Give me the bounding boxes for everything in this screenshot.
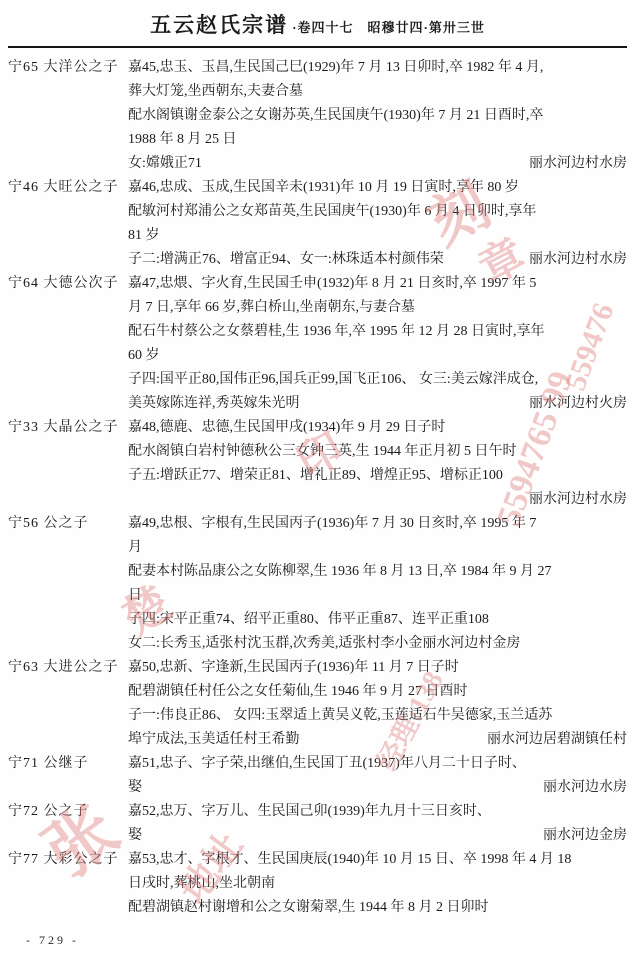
entry-line-text: 嘉49,忠根、字根有,生民国丙子(1936)年 7 月 30 日亥时,卒 199… <box>128 512 536 536</box>
entry-line-text: 配石牛村蔡公之女蔡碧桂,生 1936 年,卒 1995 年 12 月 28 日寅… <box>128 320 545 344</box>
entry-line: 子五:增跃正77、增荣正81、增礼正89、增煌正95、增标正100 <box>128 464 627 488</box>
volume-subtitle: ·卷四十七 昭穆廿四·第卅三世 <box>292 20 485 35</box>
entry-line-text: 娶 <box>128 824 142 848</box>
entry-lines: 嘉51,忠子、字子荣,出继伯,生民国丁丑(1937)年八月二十日子时、娶丽水河边… <box>128 752 627 800</box>
entry-line-text: 嘉52,忠万、字万儿、生民国己卯(1939)年九月十三日亥时、 <box>128 800 491 824</box>
entry-line-text: 子一:伟良正86、 女四:玉翠适上黄吴义乾,玉莲适石牛吴德家,玉兰适苏 <box>128 704 552 728</box>
entry-label: 宁71 公继子 <box>8 752 128 776</box>
entry-line-text: 葬大灯笼,坐西朝东,夫妻合墓 <box>128 80 303 104</box>
entry-label: 宁33 大晶公之子 <box>8 416 128 440</box>
entry-line-right-text: 丽水河边居碧湖镇任村 <box>479 728 627 752</box>
entry-line: 葬大灯笼,坐西朝东,夫妻合墓 <box>128 80 627 104</box>
entry-row: 宁46 大旺公之子 嘉46,忠成、玉成,生民国辛未(1931)年 10 月 19… <box>8 176 627 272</box>
entry-line-text: 配敏河村郑浦公之女郑苗英,生民国庚午(1930)年 6 月 4 日卯时,享年 <box>128 200 536 224</box>
entry-label: 宁72 公之子 <box>8 800 128 824</box>
entry-line: 日戌时,葬桃山,坐北朝南 <box>128 872 627 896</box>
entry-line: 女二:长秀玉,适张村沈玉群,次秀美,适张村李小金丽水河边村金房 <box>128 632 627 656</box>
entry-line: 嘉49,忠根、字根有,生民国丙子(1936)年 7 月 30 日亥时,卒 199… <box>128 512 627 536</box>
entry-row: 宁65 大洋公之子 嘉45,忠玉、玉昌,生民国己巳(1929)年 7 月 13 … <box>8 56 627 176</box>
page-header: 五云赵氏宗谱·卷四十七 昭穆廿四·第卅三世 <box>0 0 635 39</box>
entry-line-text: 配妻本村陈品康公之女陈柳翠,生 1936 年 8 月 13 日,卒 1984 年… <box>128 560 552 584</box>
entry-line: 子二:增满正76、增富正94、女一:林珠适本村颜伟荣丽水河边村水房 <box>128 248 627 272</box>
entry-line-text: 日 <box>128 584 142 608</box>
entries-list: 宁65 大洋公之子 嘉45,忠玉、玉昌,生民国己巳(1929)年 7 月 13 … <box>0 54 635 920</box>
entry-line: 配碧湖镇任村任公之女任菊仙,生 1946 年 9 月 27 日酉时 <box>128 680 627 704</box>
entry-line-right-text: 丽水河边金房 <box>535 824 627 848</box>
entry-line-right-text: 丽水河边村水房 <box>521 488 627 512</box>
entry-line: 嘉52,忠万、字万儿、生民国己卯(1939)年九月十三日亥时、 <box>128 800 627 824</box>
entry-line: 配妻本村陈品康公之女陈柳翠,生 1936 年 8 月 13 日,卒 1984 年… <box>128 560 627 584</box>
entry-line: 配敏河村郑浦公之女郑苗英,生民国庚午(1930)年 6 月 4 日卯时,享年 <box>128 200 627 224</box>
entry-line: 嘉46,忠成、玉成,生民国辛未(1931)年 10 月 19 日寅时,享年 80… <box>128 176 627 200</box>
entry-line-text: 埠宁成法,玉美适任村王希勤 <box>128 728 300 752</box>
entry-row: 宁77 大彩公之子 嘉53,忠才、字根才、生民国庚辰(1940)年 10 月 1… <box>8 848 627 920</box>
entry-line-text: 月 7 日,享年 66 岁,葬白桥山,坐南朝东,与妻合墓 <box>128 296 415 320</box>
entry-lines: 嘉49,忠根、字根有,生民国丙子(1936)年 7 月 30 日亥时,卒 199… <box>128 512 627 656</box>
entry-line: 月 <box>128 536 627 560</box>
entry-lines: 嘉45,忠玉、玉昌,生民国己巳(1929)年 7 月 13 日卯时,卒 1982… <box>128 56 627 176</box>
entry-line-text: 嘉47,忠煨、字火育,生民国壬申(1932)年 8 月 21 日亥时,卒 199… <box>128 272 536 296</box>
book-title: 五云赵氏宗谱 <box>150 13 288 37</box>
entry-line: 嘉48,德鹿、忠德,生民国甲戌(1934)年 9 月 29 日子时 <box>128 416 627 440</box>
entry-line: 嘉47,忠煨、字火育,生民国壬申(1932)年 8 月 21 日亥时,卒 199… <box>128 272 627 296</box>
entry-line: 埠宁成法,玉美适任村王希勤丽水河边居碧湖镇任村 <box>128 728 627 752</box>
entry-line-right-text: 丽水河边水房 <box>535 776 627 800</box>
entry-line-text: 子四:国平正80,国伟正96,国兵正99,国飞正106、 女三:美云嫁泮成仓, <box>128 368 538 392</box>
entry-line-right-text: 丽水河边村水房 <box>521 248 627 272</box>
entry-line-text: 美英嫁陈连祥,秀英嫁朱光明 <box>128 392 300 416</box>
entry-lines: 嘉48,德鹿、忠德,生民国甲戌(1934)年 9 月 29 日子时配水阁镇白岩村… <box>128 416 627 512</box>
entry-label: 宁65 大洋公之子 <box>8 56 128 80</box>
entry-line-text: 子四:宋平正重74、绍平正重80、伟平正重87、连平正重108 <box>128 608 489 632</box>
entry-line: 嘉50,忠新、字逢新,生民国丙子(1936)年 11 月 7 日子时 <box>128 656 627 680</box>
entry-line: 嘉45,忠玉、玉昌,生民国己巳(1929)年 7 月 13 日卯时,卒 1982… <box>128 56 627 80</box>
entry-line: 娶丽水河边金房 <box>128 824 627 848</box>
entry-line: 女:嫦娥正71丽水河边村水房 <box>128 152 627 176</box>
entry-row: 宁64 大德公次子 嘉47,忠煨、字火育,生民国壬申(1932)年 8 月 21… <box>8 272 627 416</box>
entry-lines: 嘉52,忠万、字万儿、生民国己卯(1939)年九月十三日亥时、娶丽水河边金房 <box>128 800 627 848</box>
entry-lines: 嘉46,忠成、玉成,生民国辛未(1931)年 10 月 19 日寅时,享年 80… <box>128 176 627 272</box>
genealogy-page: 五云赵氏宗谱·卷四十七 昭穆廿四·第卅三世 宁65 大洋公之子 嘉45,忠玉、玉… <box>0 0 635 968</box>
entry-line-text: 60 岁 <box>128 344 160 368</box>
entry-line: 丽水河边村水房 <box>128 488 627 512</box>
entry-line-text: 嘉46,忠成、玉成,生民国辛未(1931)年 10 月 19 日寅时,享年 80… <box>128 176 519 200</box>
entry-line: 配石牛村蔡公之女蔡碧桂,生 1936 年,卒 1995 年 12 月 28 日寅… <box>128 320 627 344</box>
entry-line: 60 岁 <box>128 344 627 368</box>
entry-label: 宁46 大旺公之子 <box>8 176 128 200</box>
entry-line-text: 娶 <box>128 776 142 800</box>
entry-line: 配碧湖镇赵村谢增和公之女谢菊翠,生 1944 年 8 月 2 日卯时 <box>128 896 627 920</box>
entry-line: 日 <box>128 584 627 608</box>
entry-line-right-text: 丽水河边村火房 <box>521 392 627 416</box>
entry-line-right-text: 丽水河边村水房 <box>521 152 627 176</box>
entry-line-text: 嘉45,忠玉、玉昌,生民国己巳(1929)年 7 月 13 日卯时,卒 1982… <box>128 56 543 80</box>
entry-row: 宁71 公继子 嘉51,忠子、字子荣,出继伯,生民国丁丑(1937)年八月二十日… <box>8 752 627 800</box>
entry-label: 宁64 大德公次子 <box>8 272 128 296</box>
entry-label: 宁63 大进公之子 <box>8 656 128 680</box>
entry-line-text: 嘉53,忠才、字根才、生民国庚辰(1940)年 10 月 15 日、卒 1998… <box>128 848 571 872</box>
entry-line-text: 嘉50,忠新、字逢新,生民国丙子(1936)年 11 月 7 日子时 <box>128 656 459 680</box>
entry-lines: 嘉47,忠煨、字火育,生民国壬申(1932)年 8 月 21 日亥时,卒 199… <box>128 272 627 416</box>
entry-line-text: 配碧湖镇任村任公之女任菊仙,生 1946 年 9 月 27 日酉时 <box>128 680 468 704</box>
entry-line-text: 1988 年 8 月 25 日 <box>128 128 237 152</box>
entry-row: 宁63 大进公之子 嘉50,忠新、字逢新,生民国丙子(1936)年 11 月 7… <box>8 656 627 752</box>
entry-line: 子一:伟良正86、 女四:玉翠适上黄吴义乾,玉莲适石牛吴德家,玉兰适苏 <box>128 704 627 728</box>
entry-line-text: 配水阁镇谢金泰公之女谢苏英,生民国庚午(1930)年 7 月 21 日酉时,卒 <box>128 104 543 128</box>
entry-line-text: 子二:增满正76、增富正94、女一:林珠适本村颜伟荣 <box>128 248 444 272</box>
entry-line-text: 配碧湖镇赵村谢增和公之女谢菊翠,生 1944 年 8 月 2 日卯时 <box>128 896 489 920</box>
entry-line-text: 日戌时,葬桃山,坐北朝南 <box>128 872 275 896</box>
page-number: - 729 - <box>26 933 79 948</box>
entry-line-text: 配水阁镇白岩村钟德秋公三女钟三英,生 1944 年正月初 5 日午时 <box>128 440 517 464</box>
entry-line: 娶丽水河边水房 <box>128 776 627 800</box>
entry-row: 宁72 公之子 嘉52,忠万、字万儿、生民国己卯(1939)年九月十三日亥时、娶… <box>8 800 627 848</box>
entry-line-text: 女:嫦娥正71 <box>128 152 202 176</box>
entry-lines: 嘉53,忠才、字根才、生民国庚辰(1940)年 10 月 15 日、卒 1998… <box>128 848 627 920</box>
entry-line-text: 嘉51,忠子、字子荣,出继伯,生民国丁丑(1937)年八月二十日子时、 <box>128 752 526 776</box>
entry-label: 宁56 公之子 <box>8 512 128 536</box>
header-divider <box>8 46 627 48</box>
entry-line-text: 月 <box>128 536 142 560</box>
entry-line: 嘉53,忠才、字根才、生民国庚辰(1940)年 10 月 15 日、卒 1998… <box>128 848 627 872</box>
entry-label: 宁77 大彩公之子 <box>8 848 128 872</box>
entry-line: 1988 年 8 月 25 日 <box>128 128 627 152</box>
entry-line: 子四:国平正80,国伟正96,国兵正99,国飞正106、 女三:美云嫁泮成仓, <box>128 368 627 392</box>
entry-lines: 嘉50,忠新、字逢新,生民国丙子(1936)年 11 月 7 日子时配碧湖镇任村… <box>128 656 627 752</box>
entry-row: 宁56 公之子 嘉49,忠根、字根有,生民国丙子(1936)年 7 月 30 日… <box>8 512 627 656</box>
entry-row: 宁33 大晶公之子 嘉48,德鹿、忠德,生民国甲戌(1934)年 9 月 29 … <box>8 416 627 512</box>
entry-line: 81 岁 <box>128 224 627 248</box>
entry-line: 月 7 日,享年 66 岁,葬白桥山,坐南朝东,与妻合墓 <box>128 296 627 320</box>
entry-line: 子四:宋平正重74、绍平正重80、伟平正重87、连平正重108 <box>128 608 627 632</box>
entry-line: 配水阁镇谢金泰公之女谢苏英,生民国庚午(1930)年 7 月 21 日酉时,卒 <box>128 104 627 128</box>
entry-line: 美英嫁陈连祥,秀英嫁朱光明丽水河边村火房 <box>128 392 627 416</box>
entry-line-text: 81 岁 <box>128 224 160 248</box>
entry-line-text: 子五:增跃正77、增荣正81、增礼正89、增煌正95、增标正100 <box>128 464 503 488</box>
entry-line-text: 嘉48,德鹿、忠德,生民国甲戌(1934)年 9 月 29 日子时 <box>128 416 445 440</box>
entry-line-text: 女二:长秀玉,适张村沈玉群,次秀美,适张村李小金丽水河边村金房 <box>128 632 520 656</box>
entry-line: 配水阁镇白岩村钟德秋公三女钟三英,生 1944 年正月初 5 日午时 <box>128 440 627 464</box>
entry-line: 嘉51,忠子、字子荣,出继伯,生民国丁丑(1937)年八月二十日子时、 <box>128 752 627 776</box>
